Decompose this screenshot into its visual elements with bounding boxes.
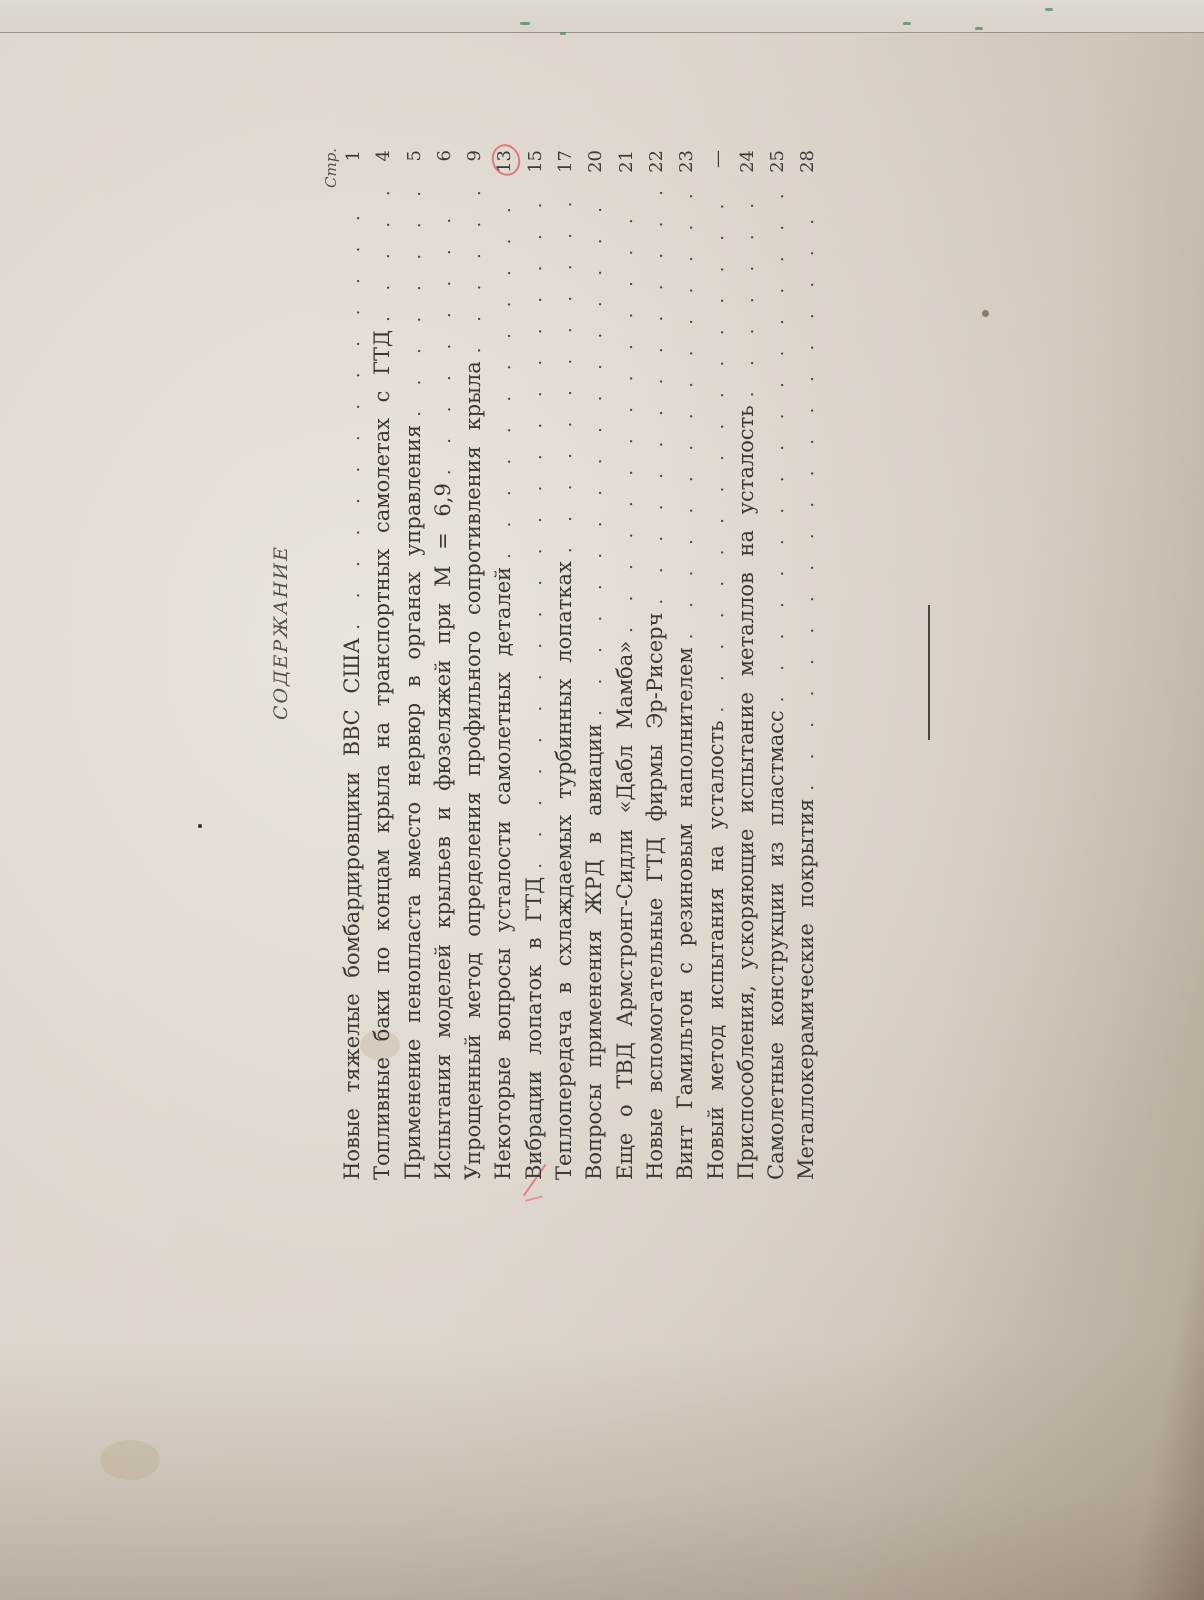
toc-entry-title: Топливные баки по концам крыла на трансп… bbox=[370, 330, 394, 1180]
green-speck bbox=[975, 27, 983, 30]
dot-leader bbox=[676, 192, 697, 639]
toc-entry: Теплопередача в схлаждаемых турбинных ло… bbox=[552, 150, 582, 1180]
dot-leader bbox=[464, 192, 485, 353]
toc-entry: Применение пенопласта вместо нервюр в ор… bbox=[401, 150, 431, 1180]
toc-entry: Приспособления, ускоряющие испытание мет… bbox=[734, 150, 764, 1180]
toc-entry-title: Самолетные конструкции из пластмасс bbox=[764, 710, 788, 1180]
dot-leader bbox=[767, 192, 788, 702]
red-pencil-mark bbox=[525, 1195, 543, 1202]
page-title: СОДЕРЖАНИЕ bbox=[270, 545, 292, 720]
toc-entry-page: 4 bbox=[373, 150, 394, 184]
toc-entry-page: 20 bbox=[585, 150, 606, 184]
closing-rule bbox=[928, 605, 930, 740]
toc-entry-title: Новые тяжелые бомбардировщики ВВС США bbox=[340, 638, 364, 1180]
toc-entry: Еще о ТВД Армстронг-Сидли «Дабл Мамба» 2… bbox=[613, 150, 643, 1180]
dot-leader bbox=[343, 192, 364, 630]
toc-entry-page: 6 bbox=[434, 150, 455, 184]
dot-leader bbox=[373, 192, 394, 322]
dot-leader bbox=[434, 192, 455, 475]
toc-entry-page-circled: 13 bbox=[494, 150, 515, 184]
toc-entry: Новый метод испытания на усталость — bbox=[704, 150, 734, 1180]
green-speck bbox=[560, 32, 566, 35]
toc-entry-page: 23 bbox=[676, 150, 697, 184]
toc-entry-title: Вопросы применения ЖРД в авиации bbox=[582, 724, 606, 1180]
document-photo: СОДЕРЖАНИЕ Стр. Новые тяжелые бомбардиро… bbox=[0, 0, 1204, 1600]
toc-entry-page: 9 bbox=[464, 150, 485, 184]
toc-entry: Вибрации лопаток в ГТД 15 bbox=[522, 150, 552, 1180]
toc-entry-title: Некоторые вопросы усталости самолетных д… bbox=[491, 567, 515, 1180]
toc-entry-title: Вибрации лопаток в ГТД bbox=[522, 877, 546, 1180]
green-speck bbox=[520, 22, 530, 25]
toc-entry: Винт Гамильтон с резиновым наполнителем … bbox=[673, 150, 703, 1180]
toc-entry-page: 1 bbox=[343, 150, 364, 184]
toc-list: Новые тяжелые бомбардировщики ВВС США 1 … bbox=[340, 150, 825, 1180]
toc-entry: Новые вспомогательные ГТД фирмы Эр-Рисер… bbox=[643, 150, 673, 1180]
dot-leader bbox=[646, 192, 667, 605]
toc-entry: Вопросы применения ЖРД в авиации 20 bbox=[582, 150, 612, 1180]
page-column-label: Стр. bbox=[322, 148, 340, 188]
toc-entry-title: Новый метод испытания на усталость bbox=[704, 720, 728, 1180]
table-of-contents-page: СОДЕРЖАНИЕ Стр. Новые тяжелые бомбардиро… bbox=[330, 150, 890, 1180]
toc-entry-title: Еще о ТВД Армстронг-Сидли «Дабл Мамба» bbox=[613, 641, 637, 1180]
toc-entry-page: 15 bbox=[525, 150, 546, 184]
green-speck bbox=[1045, 8, 1053, 11]
toc-entry: Упрощенный метод определения профильного… bbox=[461, 150, 491, 1180]
dot-leader bbox=[494, 192, 515, 559]
dot-leader bbox=[737, 192, 758, 397]
underlying-sheet-edge bbox=[0, 0, 1204, 33]
toc-entry-page: 21 bbox=[616, 150, 637, 184]
toc-entry: Некоторые вопросы усталости самолетных д… bbox=[491, 150, 521, 1180]
dot-leader bbox=[525, 192, 546, 869]
toc-entry-page: 17 bbox=[555, 150, 576, 184]
dot-leader bbox=[555, 192, 576, 553]
paper-blemish bbox=[982, 310, 989, 317]
toc-entry-page: 22 bbox=[646, 150, 667, 184]
toc-entry-page: 28 bbox=[797, 150, 818, 184]
toc-entry-title: Металлокерамические покрытия bbox=[794, 799, 818, 1180]
green-speck bbox=[903, 22, 911, 25]
dot-leader bbox=[616, 192, 637, 633]
toc-entry-page: — bbox=[707, 150, 728, 184]
dot-leader bbox=[707, 192, 728, 712]
toc-entry: Новые тяжелые бомбардировщики ВВС США 1 bbox=[340, 150, 370, 1180]
dot-leader bbox=[404, 192, 425, 417]
toc-entry-title: Теплопередача в схлаждаемых турбинных ло… bbox=[552, 561, 576, 1180]
toc-entry-title: Применение пенопласта вместо нервюр в ор… bbox=[401, 425, 425, 1180]
toc-entry-title: Новые вспомогательные ГТД фирмы Эр-Рисер… bbox=[643, 613, 667, 1180]
toc-entry: Самолетные конструкции из пластмасс 25 bbox=[764, 150, 794, 1180]
ink-dot bbox=[198, 824, 202, 828]
toc-entry-title: Испытания моделей крыльев и фюзеляжей пр… bbox=[431, 483, 455, 1180]
toc-entry-page: 25 bbox=[767, 150, 788, 184]
toc-entry: Металлокерамические покрытия 28 bbox=[794, 150, 824, 1180]
toc-entry: Топливные баки по концам крыла на трансп… bbox=[370, 150, 400, 1180]
dot-leader bbox=[585, 192, 606, 716]
dot-leader bbox=[797, 192, 818, 791]
toc-entry-title: Приспособления, ускоряющие испытание мет… bbox=[734, 405, 758, 1180]
toc-entry-title: Винт Гамильтон с резиновым наполнителем bbox=[673, 647, 697, 1180]
toc-entry-title: Упрощенный метод определения профильного… bbox=[461, 361, 485, 1180]
toc-entry-page: 24 bbox=[737, 150, 758, 184]
toc-entry: Испытания моделей крыльев и фюзеляжей пр… bbox=[431, 150, 461, 1180]
paper-stain bbox=[100, 1440, 160, 1480]
toc-entry-page: 5 bbox=[404, 150, 425, 184]
